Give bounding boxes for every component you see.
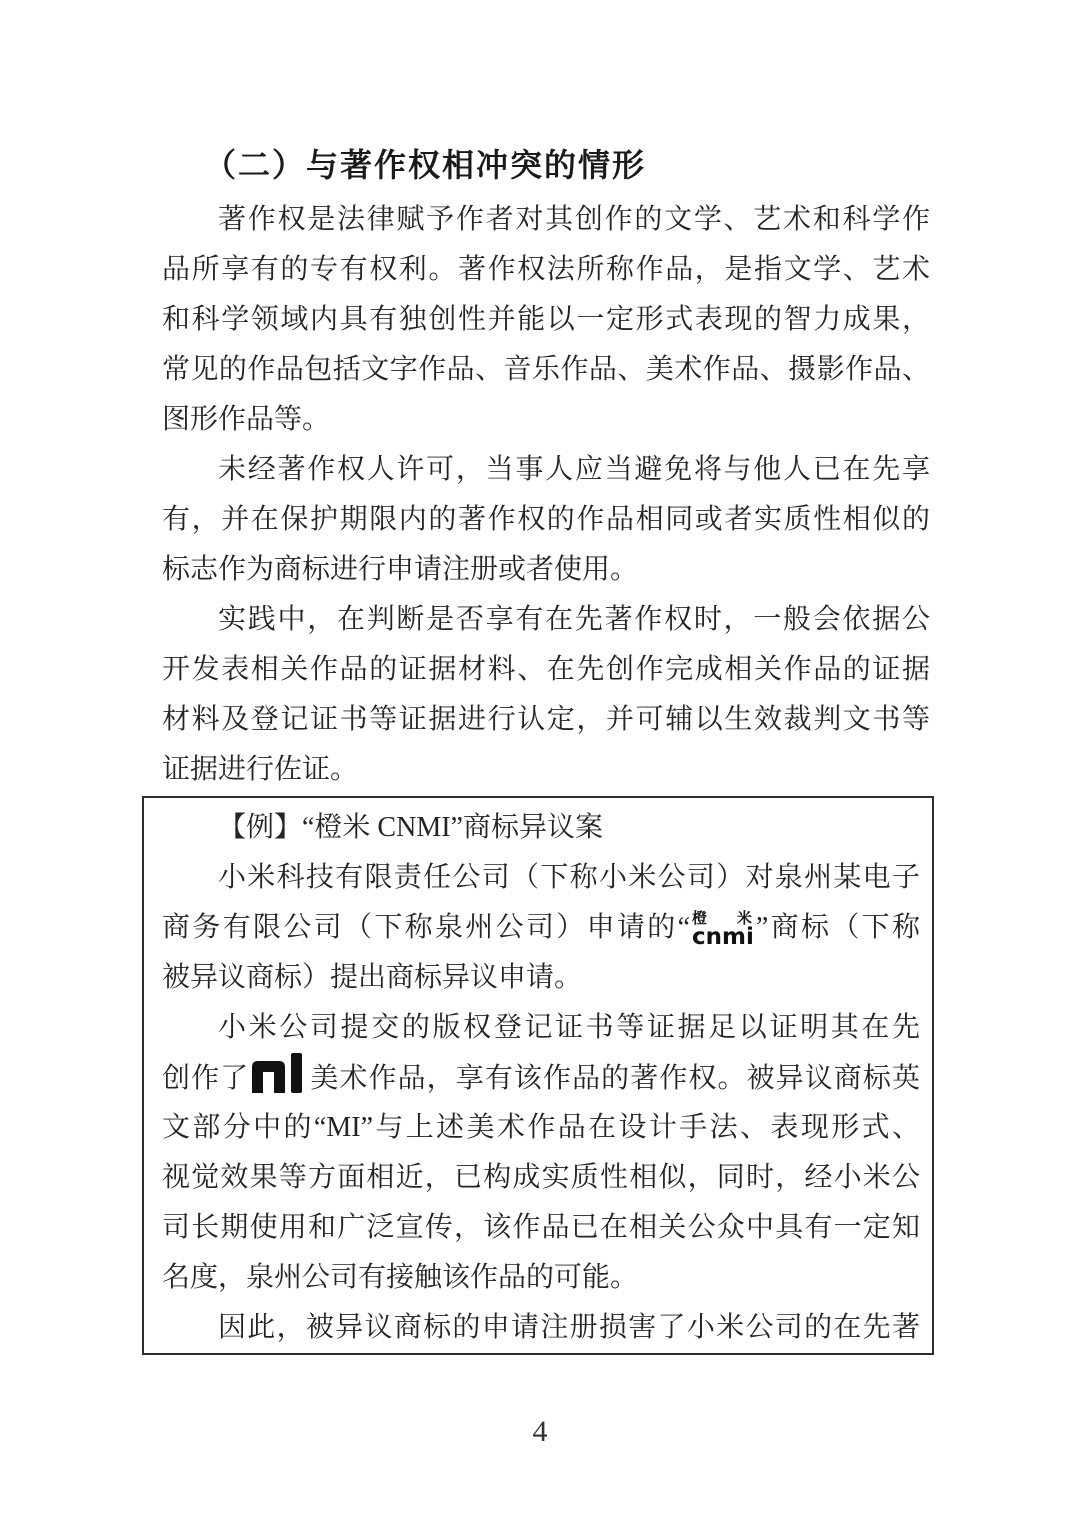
text-line: 材料及登记证书等证据进行认定，并可辅以生效裁判文书等 [162, 695, 930, 745]
text-line: 证据进行佐证。 [162, 745, 930, 795]
text-line: 司长期使用和广泛宣传，该作品已在相关公众中具有一定知 [162, 1203, 920, 1253]
text-line: 标志作为商标进行申请注册或者使用。 [162, 545, 930, 595]
text-line: 视觉效果等方面相近，已构成实质性相似，同时，经小米公 [162, 1153, 920, 1203]
text-line: 有，并在保护期限内的著作权的作品相同或者实质性相似的 [162, 495, 930, 545]
text-line: 因此，被异议商标的申请注册损害了小米公司的在先著 [162, 1303, 920, 1353]
paragraph-evidence: 实践中，在判断是否享有在先著作权时，一般会依据公 开发表相关作品的证据材料、在先… [162, 595, 930, 795]
text-line: 开发表相关作品的证据材料、在先创作完成相关作品的证据 [162, 645, 930, 695]
section-heading: （二）与著作权相冲突的情形 [162, 142, 930, 195]
text-segment: 美术作品，享有该作品的著作权。被异议商标英 [309, 1063, 920, 1094]
text-segment: 创作了 [162, 1063, 249, 1094]
text-line: 名度，泉州公司有接触该作品的可能。 [162, 1253, 920, 1303]
page-number: 4 [0, 1415, 1080, 1449]
text-line: 图形作品等。 [162, 395, 930, 445]
paragraph-copyright-definition: 著作权是法律赋予作者对其创作的文学、艺术和科学作 品所享有的专有权利。著作权法所… [162, 195, 930, 445]
text-line: 被异议商标）提出商标异议申请。 [162, 953, 920, 1003]
text-line-with-cnmi-logo: 商务有限公司（下称泉州公司）申请的“橙米cnmi”商标（下称 [162, 903, 920, 953]
xiaomi-mi-logo-icon [252, 1053, 306, 1093]
cnmi-trademark-logo: 橙米cnmi [692, 912, 754, 948]
text-line: 文部分中的“MI”与上述美术作品在设计手法、表现形式、 [162, 1103, 920, 1153]
text-line: 和科学领域内具有独创性并能以一定形式表现的智力成果， [162, 295, 930, 345]
text-line: 常见的作品包括文字作品、音乐作品、美术作品、摄影作品、 [162, 345, 930, 395]
text-line: 小米科技有限责任公司（下称小米公司）对泉州某电子 [162, 853, 920, 903]
document-page: （二）与著作权相冲突的情形 著作权是法律赋予作者对其创作的文学、艺术和科学作 品… [0, 0, 1080, 1526]
page-content: （二）与著作权相冲突的情形 著作权是法律赋予作者对其创作的文学、艺术和科学作 品… [162, 142, 930, 1355]
cnmi-logo-bottom-text: cnmi [692, 927, 754, 948]
text-line: 未经著作权人许可，当事人应当避免将与他人已在先享 [162, 445, 930, 495]
example-title: 【例】“橙米 CNMI”商标异议案 [162, 803, 920, 853]
text-segment: ”商标（下称 [756, 912, 920, 943]
example-box: 【例】“橙米 CNMI”商标异议案 小米科技有限责任公司（下称小米公司）对泉州某… [142, 796, 934, 1355]
text-line: 小米公司提交的版权登记证书等证据足以证明其在先 [162, 1003, 920, 1053]
text-line-with-mi-logo: 创作了 美术作品，享有该作品的著作权。被异议商标英 [162, 1053, 920, 1103]
text-segment: 商务有限公司（下称泉州公司）申请的“ [162, 912, 690, 943]
text-line: 品所享有的专有权利。著作权法所称作品，是指文学、艺术 [162, 245, 930, 295]
text-line: 实践中，在判断是否享有在先著作权时，一般会依据公 [162, 595, 930, 645]
text-line: 著作权是法律赋予作者对其创作的文学、艺术和科学作 [162, 195, 930, 245]
paragraph-prohibition: 未经著作权人许可，当事人应当避免将与他人已在先享 有，并在保护期限内的著作权的作… [162, 445, 930, 595]
